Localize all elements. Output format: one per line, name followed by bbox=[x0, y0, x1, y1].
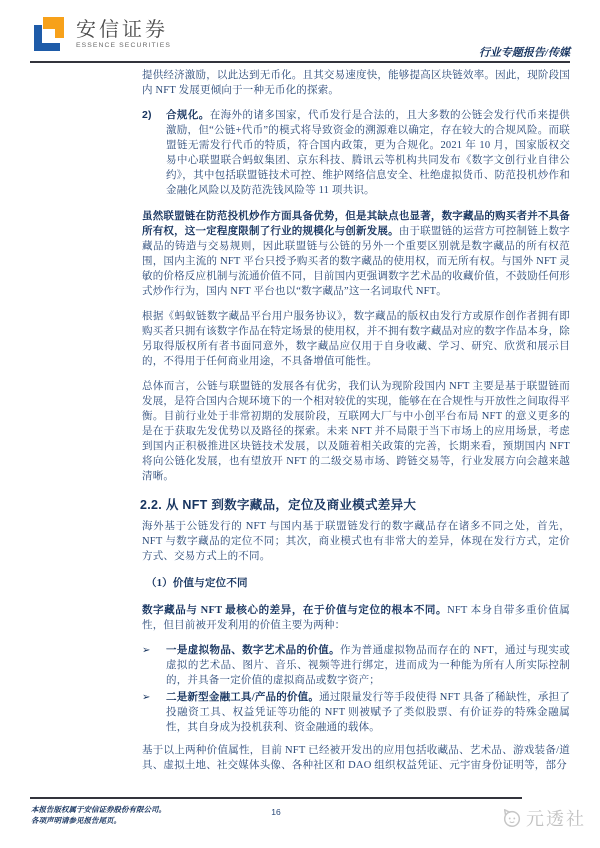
numbered-item-compliance: 2) 合规化。在海外的诸多国家，代币发行是合法的，且大多数的公链会发行代币来提供… bbox=[142, 108, 570, 198]
section-heading-2-2: 2.2. 从 NFT 到数字藏品，定位及商业模式差异大 bbox=[140, 498, 570, 513]
item-lead-bold: 合规化。 bbox=[166, 110, 210, 121]
arrow-bullet-icon: ➢ bbox=[142, 643, 166, 688]
essence-securities-logo-icon bbox=[30, 16, 68, 56]
brand-block: 安信证券 ESSENCE SECURITIES bbox=[30, 16, 171, 56]
report-type-label: 行业专题报告/传媒 bbox=[479, 44, 570, 60]
list-item: ➢ 一是虚拟物品、数字艺术品的价值。作为普通虚拟物品而存在的 NFT，通过与现实… bbox=[142, 643, 570, 688]
paragraph-overseas-domestic: 海外基于公链发行的 NFT 与国内基于联盟链发行的数字藏品存在诸多不同之处，首先… bbox=[142, 519, 570, 564]
bullet-text: 二是新型金融工具/产品的价值。通过限量发行等手段使得 NFT 具备了稀缺性，承担… bbox=[166, 690, 570, 735]
report-body: 提供经济激励，以此达到无币化。且其交易速度快，能够提高区块链效率。因此，现阶段国… bbox=[142, 68, 570, 783]
page-header: 安信证券 ESSENCE SECURITIES 行业专题报告/传媒 bbox=[30, 14, 570, 62]
item-text: 合规化。在海外的诸多国家，代币发行是合法的，且大多数的公链会发行代币来提供激励，… bbox=[166, 108, 570, 198]
footer-divider bbox=[30, 797, 522, 799]
arrow-bullet-icon: ➢ bbox=[142, 690, 166, 735]
brand-name-en: ESSENCE SECURITIES bbox=[76, 42, 171, 49]
watermark-cat-icon bbox=[501, 807, 523, 829]
logo-blue-shape bbox=[34, 43, 60, 51]
paragraph-antchain-agreement: 根据《蚂蚁链数字藏品平台用户服务协议》，数字藏品的版权由发行方或原作创作者拥有即… bbox=[142, 309, 570, 369]
paragraph-intro: 提供经济激励，以此达到无币化。且其交易速度快，能够提高区块链效率。因此，现阶段国… bbox=[142, 68, 570, 98]
page-number: 16 bbox=[30, 807, 522, 817]
value-bullet-list: ➢ 一是虚拟物品、数字艺术品的价值。作为普通虚拟物品而存在的 NFT，通过与现实… bbox=[142, 643, 570, 735]
watermark-text: 元透社 bbox=[526, 805, 586, 831]
bullet-lead-bold: 二是新型金融工具/产品的价值。 bbox=[166, 692, 319, 703]
list-item: ➢ 二是新型金融工具/产品的价值。通过限量发行等手段使得 NFT 具备了稀缺性，… bbox=[142, 690, 570, 735]
sub-heading-value-positioning: （1）价值与定位不同 bbox=[146, 576, 570, 591]
report-page: 安信证券 ESSENCE SECURITIES 行业专题报告/传媒 提供经济激励… bbox=[0, 0, 600, 848]
paragraph-applications: 基于以上两种价值属性，目前 NFT 已经被开发出的应用包括收藏品、艺术品、游戏装… bbox=[142, 743, 570, 773]
paragraph-core-difference: 数字藏品与 NFT 最核心的差异，在于价值与定位的根本不同。NFT 本身自带多重… bbox=[142, 603, 570, 633]
logo-white-notch bbox=[43, 29, 55, 42]
paragraph-consortium-drawback: 虽然联盟链在防范投机炒作方面具备优势，但是其缺点也显著，数字藏品的购买者并不具备… bbox=[142, 209, 570, 299]
paragraph-lead-bold: 数字藏品与 NFT 最核心的差异，在于价值与定位的根本不同。 bbox=[142, 605, 447, 616]
header-divider bbox=[30, 61, 570, 63]
bullet-lead-bold: 一是虚拟物品、数字艺术品的价值。 bbox=[166, 645, 340, 656]
item-body-text: 在海外的诸多国家，代币发行是合法的，且大多数的公链会发行代币来提供激励，但“公链… bbox=[166, 110, 570, 196]
item-number: 2) bbox=[142, 108, 166, 198]
brand-text: 安信证券 ESSENCE SECURITIES bbox=[76, 16, 171, 49]
bullet-text: 一是虚拟物品、数字艺术品的价值。作为普通虚拟物品而存在的 NFT，通过与现实或虚… bbox=[166, 643, 570, 688]
paragraph-summary: 总体而言，公链与联盟链的发展各有优劣，我们认为现阶段国内 NFT 主要是基于联盟… bbox=[142, 379, 570, 484]
watermark: 元透社 bbox=[501, 805, 586, 831]
brand-name-cn: 安信证券 bbox=[76, 19, 171, 41]
